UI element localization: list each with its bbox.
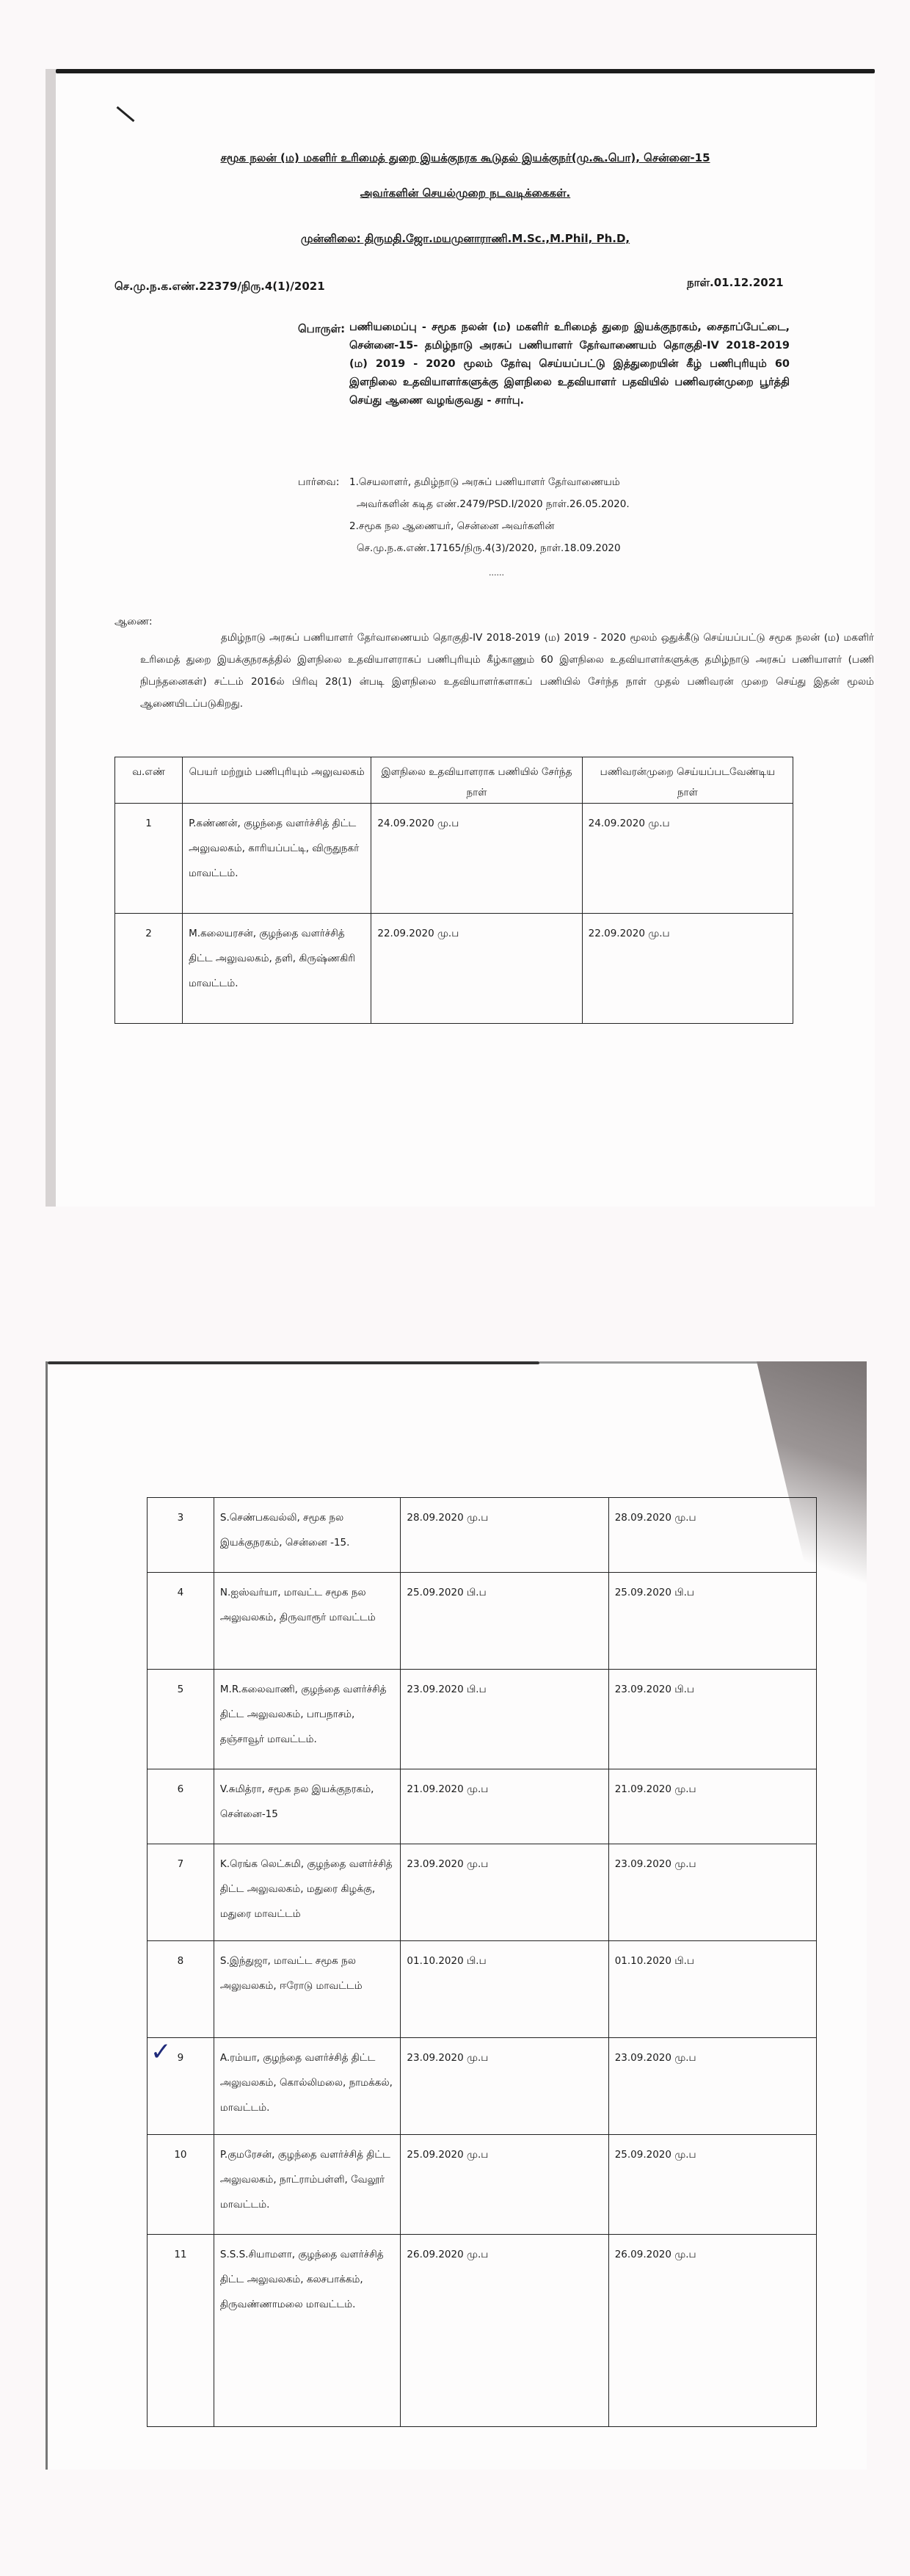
table-row: 3 S.செண்பகவல்லி, சமூக நல இயக்குநரகம், செ… [148,1498,817,1573]
header-presence: முன்னிலை: திருமதி.ஜோ.மயமுனாராணி.M.Sc.,M.… [56,232,875,247]
row-name-office: S.செண்பகவல்லி, சமூக நல இயக்குநரகம், சென்… [214,1498,401,1573]
row-regularisation-date: 25.09.2020 மு.ப [608,2135,816,2235]
row-sno: 4 [153,1580,208,1605]
reference-number: செ.மு.ந.க.எண்.22379/நிரு.4(1)/2021 [114,280,325,294]
order-text: தமிழ்நாடு அரசுப் பணியாளர் தேர்வாணையம் தொ… [140,627,874,715]
table-row: 11 S.S.S.சியாமளா, குழந்தை வளர்ச்சித் திட… [148,2235,817,2427]
regularisation-table-page-1: வ.எண் பெயர் மற்றும் பணிபுரியும் அலுவலகம்… [114,757,793,1024]
row-name-office: S.இந்துஜா, மாவட்ட சமூக நல அலுவலகம், ஈரோட… [214,1941,401,2038]
row-joining-date: 28.09.2020 மு.ப [401,1498,608,1573]
row-joining-date: 22.09.2020 மு.ப [371,914,582,1024]
column-header-joining-date: இளநிலை உதவியாளராக பணியில் சேர்ந்த நாள் [371,757,582,804]
subject-text: பணியமைப்பு - சமூக நலன் (ம) மகளிர் உரிமைத… [349,319,790,410]
references-label: பார்வை: [298,476,339,490]
row-name-office: M.கலையரசன், குழந்தை வளர்ச்சித் திட்ட அலு… [183,914,371,1024]
row-joining-date: 01.10.2020 பி.ப [401,1941,608,2038]
row-regularisation-date: 21.09.2020 மு.ப [608,1769,816,1844]
row-name-office: V.சுமித்ரா, சமூக நல இயக்குநரகம், சென்னை-… [214,1769,401,1844]
regularisation-table-page-2: 3 S.செண்பகவல்லி, சமூக நல இயக்குநரகம், செ… [147,1497,817,2427]
row-joining-date: 21.09.2020 மு.ப [401,1769,608,1844]
row-name-office: A.ரம்யா, குழந்தை வளர்ச்சித் திட்ட அலுவலக… [214,2038,401,2135]
row-regularisation-date: 24.09.2020 மு.ப [582,804,793,914]
row-joining-date: 24.09.2020 மு.ப [371,804,582,914]
row-name-office: P.கண்ணன், குழந்தை வளர்ச்சித் திட்ட அலுவல… [183,804,371,914]
row-regularisation-date: 28.09.2020 மு.ப [608,1498,816,1573]
column-header-sno: வ.எண் [115,757,183,804]
subject-label: பொருள்: [298,322,345,337]
row-sno: 1 [121,811,176,836]
row-sno: 11 [153,2242,208,2267]
row-joining-date: 25.09.2020 பி.ப [401,1573,608,1670]
column-header-regularisation-date: பணிவரன்முறை செய்யப்படவேண்டிய நாள் [582,757,793,804]
table-header-row: வ.எண் பெயர் மற்றும் பணிபுரியும் அலுவலகம்… [115,757,793,804]
row-sno: 5 [153,1677,208,1702]
row-regularisation-date: 23.09.2020 மு.ப [608,2038,816,2135]
table-row: 6 V.சுமித்ரா, சமூக நல இயக்குநரகம், சென்ன… [148,1769,817,1844]
table-row: 10 P.குமரேசன், குழந்தை வளர்ச்சித் திட்ட … [148,2135,817,2235]
row-regularisation-date: 23.09.2020 பி.ப [608,1670,816,1769]
reference-line-4: செ.மு.ந.க.எண்.17165/நிரு.4(3)/2020, நாள்… [357,542,621,556]
page-top-edge [56,69,875,73]
row-joining-date: 23.09.2020 மு.ப [401,2038,608,2135]
page-top-edge [48,1361,539,1364]
row-sno: 6 [153,1777,208,1802]
row-joining-date: 26.09.2020 மு.ப [401,2235,608,2427]
table-row: 2 M.கலையரசன், குழந்தை வளர்ச்சித் திட்ட அ… [115,914,793,1024]
table-row: 7 K.ரெங்க லெட்சுமி, குழந்தை வளர்ச்சித் த… [148,1844,817,1941]
row-sno: 10 [153,2142,208,2167]
row-sno: 3 [153,1505,208,1530]
table-row: 4 N.ஐஸ்வர்யா, மாவட்ட சமூக நல அலுவலகம், த… [148,1573,817,1670]
row-name-office: N.ஐஸ்வர்யா, மாவட்ட சமூக நல அலுவலகம், திர… [214,1573,401,1670]
row-regularisation-date: 01.10.2020 பி.ப [608,1941,816,2038]
pen-mark [117,106,135,123]
row-regularisation-date: 25.09.2020 பி.ப [608,1573,816,1670]
row-joining-date: 25.09.2020 மு.ப [401,2135,608,2235]
row-joining-date: 23.09.2020 மு.ப [401,1844,608,1941]
row-name-office: K.ரெங்க லெட்சுமி, குழந்தை வளர்ச்சித் திட… [214,1844,401,1941]
row-name-office: M.R.கலைவாணி, குழந்தை வளர்ச்சித் திட்ட அல… [214,1670,401,1769]
table-row: ✓ 9 A.ரம்யா, குழந்தை வளர்ச்சித் திட்ட அல… [148,2038,817,2135]
row-joining-date: 23.09.2020 பி.ப [401,1670,608,1769]
row-regularisation-date: 23.09.2020 மு.ப [608,1844,816,1941]
table-row: 1 P.கண்ணன், குழந்தை வளர்ச்சித் திட்ட அலு… [115,804,793,914]
header-title: சமூக நலன் (ம) மகளிர் உரிமைத் துறை இயக்கு… [56,151,875,166]
check-mark-icon: ✓ [150,2040,172,2064]
row-name-office: S.S.S.சியாமளா, குழந்தை வளர்ச்சித் திட்ட … [214,2235,401,2427]
row-sno: 7 [153,1852,208,1877]
row-regularisation-date: 26.09.2020 மு.ப [608,2235,816,2427]
row-name-office: P.குமரேசன், குழந்தை வளர்ச்சித் திட்ட அலு… [214,2135,401,2235]
page-2: 3 S.செண்பகவல்லி, சமூக நல இயக்குநரகம், செ… [45,1361,867,2470]
reference-line-2: அவர்களின் கடித எண்.2479/PSD.I/2020 நாள்.… [357,498,630,512]
row-sno: 2 [121,921,176,946]
reference-line-3: 2.சமூக நல ஆணையர், சென்னை அவர்களின் [349,520,555,534]
header-subtitle: அவர்களின் செயல்முறை நடவடிக்கைகள். [56,186,875,201]
row-regularisation-date: 22.09.2020 மு.ப [582,914,793,1024]
table-row: 8 S.இந்துஜா, மாவட்ட சமூக நல அலுவலகம், ஈர… [148,1941,817,2038]
reference-line-1: 1.செயலாளர், தமிழ்நாடு அரசுப் பணியாளர் தே… [349,476,620,490]
row-sno: 8 [153,1949,208,1973]
page-1: சமூக நலன் (ம) மகளிர் உரிமைத் துறை இயக்கு… [45,69,875,1207]
table-row: 5 M.R.கலைவாணி, குழந்தை வளர்ச்சித் திட்ட … [148,1670,817,1769]
references-separator: ...... [489,568,504,578]
order-date: நாள்.01.12.2021 [687,276,784,291]
column-header-name-office: பெயர் மற்றும் பணிபுரியும் அலுவலகம் [183,757,371,804]
